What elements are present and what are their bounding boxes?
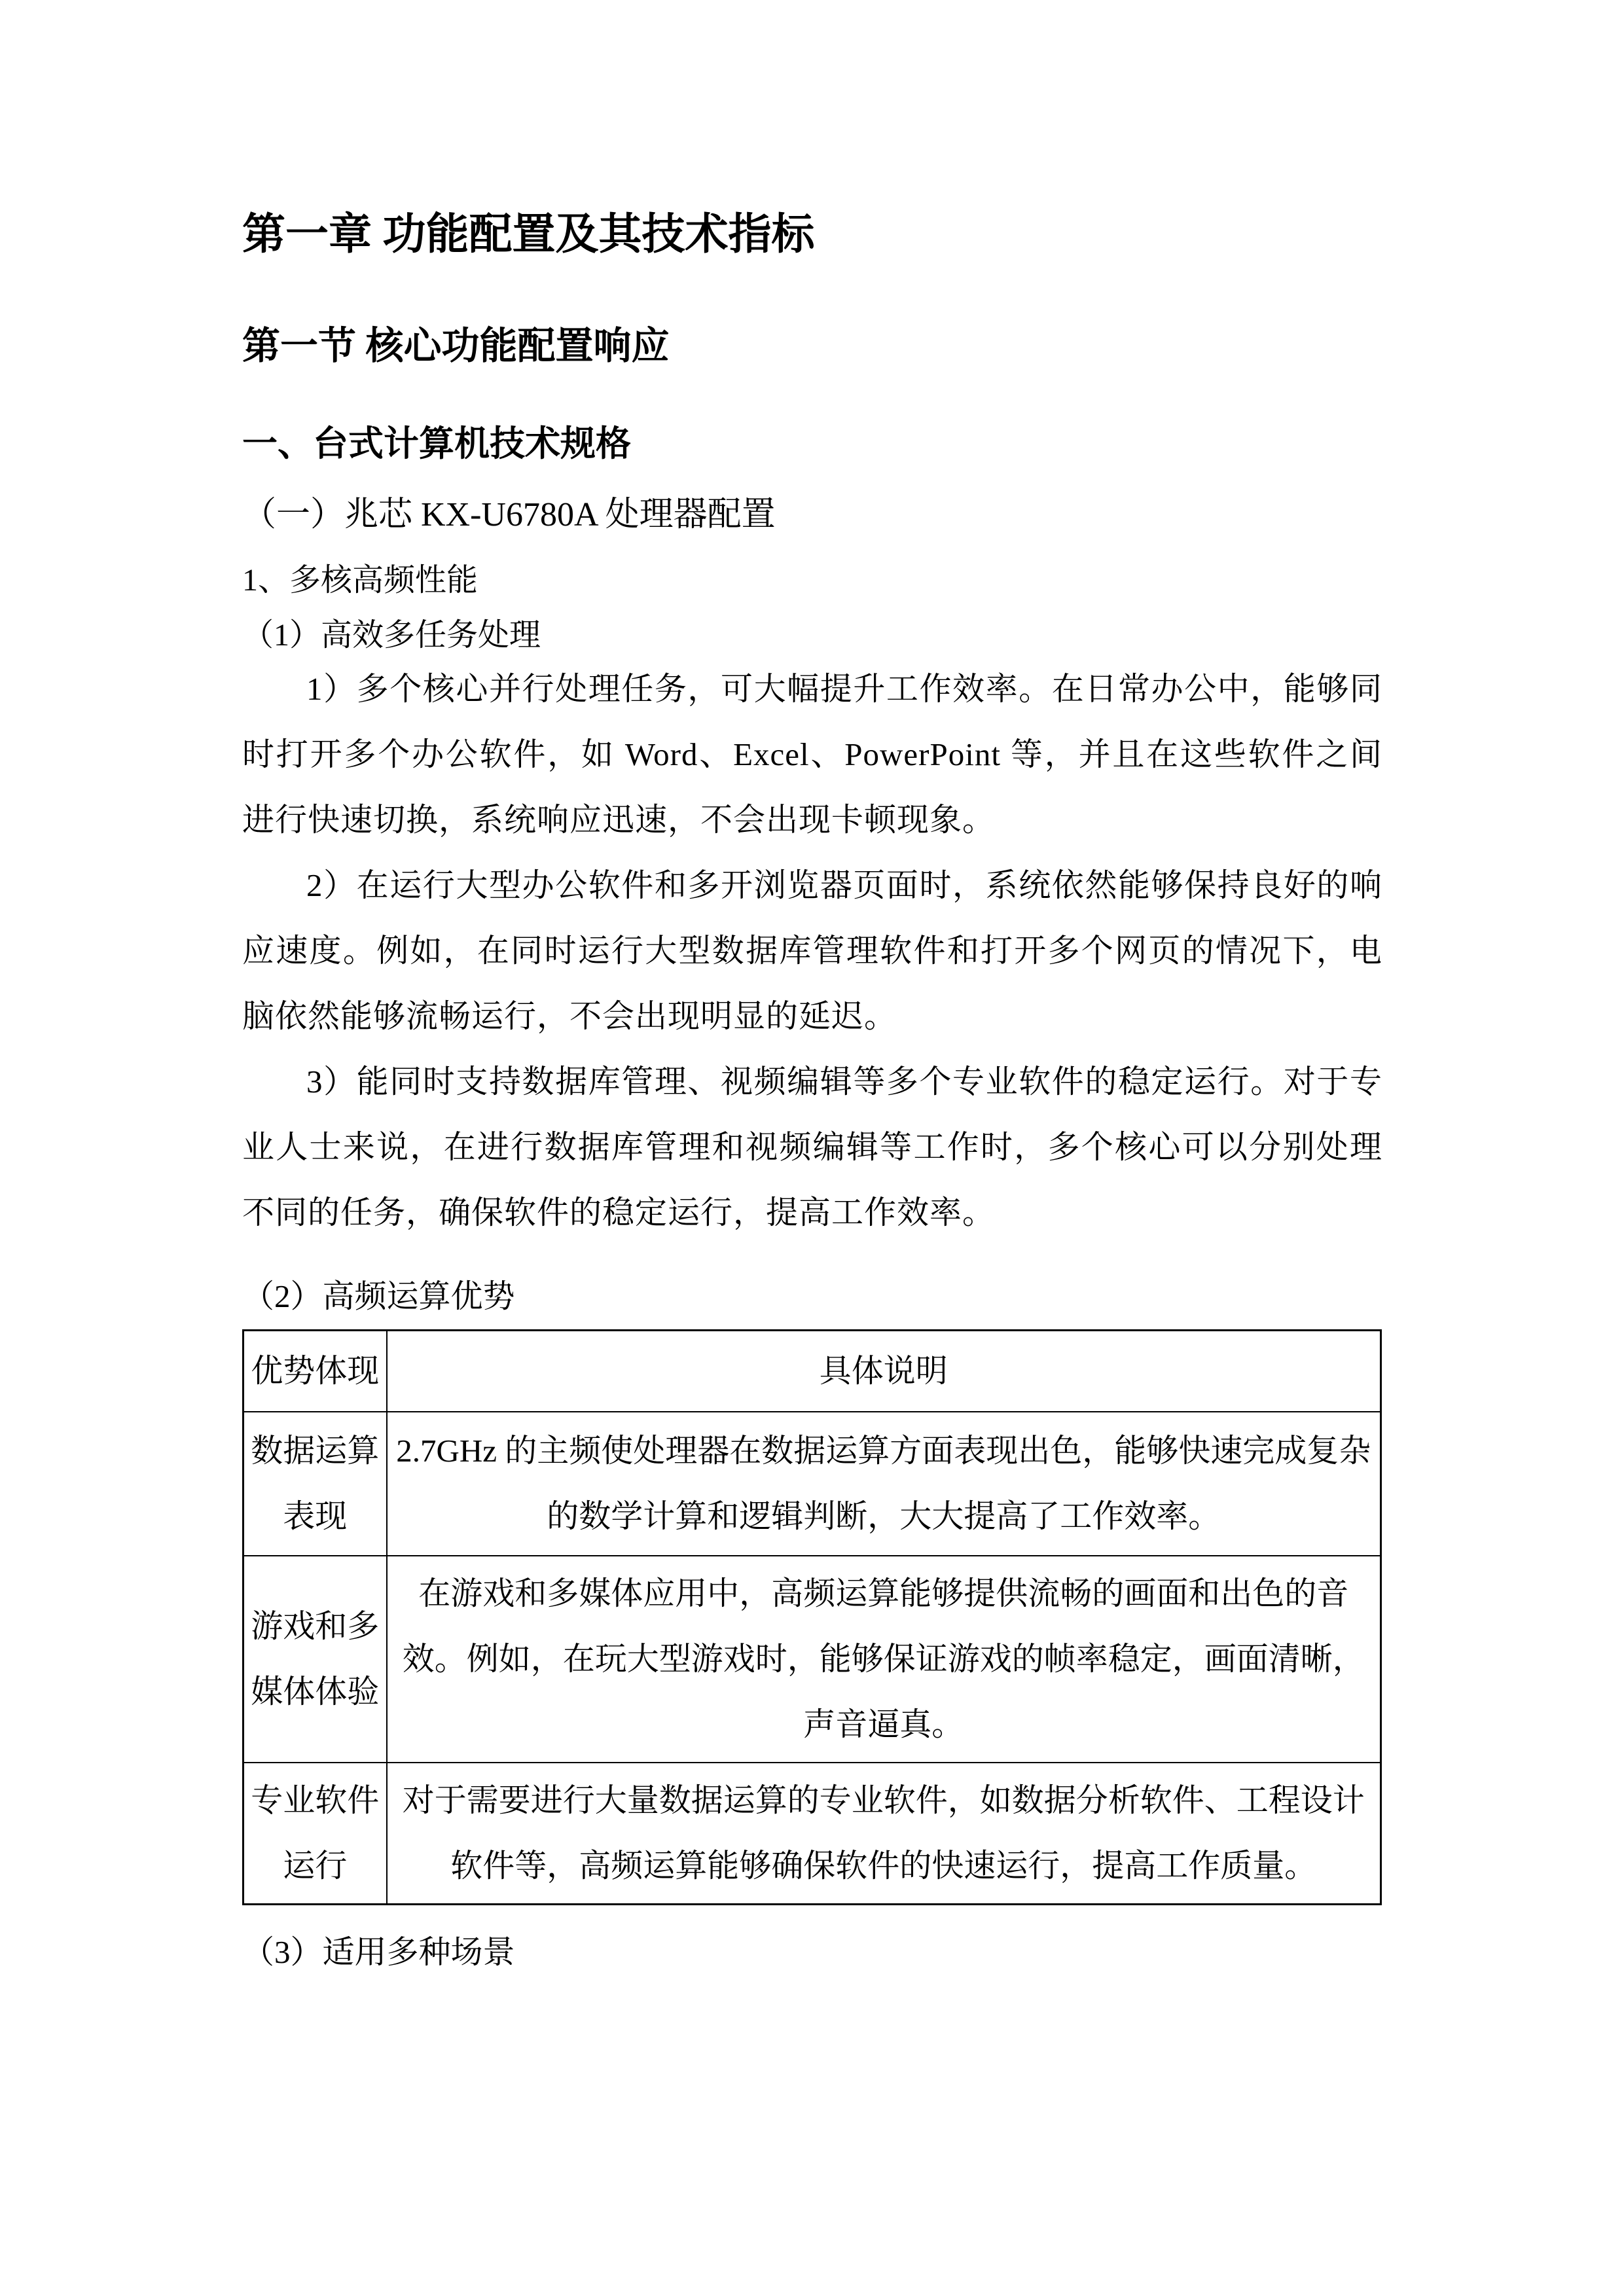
table-row-gaming-multimedia: 游戏和多媒体体验 在游戏和多媒体应用中，高频运算能够提供流畅的画面和出色的音 效… <box>244 1556 1381 1763</box>
heading-scenarios: （3）适用多种场景 <box>242 1920 1382 1985</box>
row-description-cell: 对于需要进行大量数据运算的专业软件，如数据分析软件、工程设计 软件等，高频运算能… <box>387 1763 1381 1904</box>
table-header-row: 优势体现 具体说明 <box>244 1330 1381 1412</box>
document-page: 第一章 功能配置及其技术指标 第一节 核心功能配置响应 一、台式计算机技术规格 … <box>0 0 1624 2296</box>
section-title: 第一节 核心功能配置响应 <box>242 323 1382 370</box>
heading-multitask-processing: （1）高效多任务处理 <box>242 615 1382 656</box>
column-header-advantage: 优势体现 <box>244 1330 387 1412</box>
description-line: 声音逼真。 <box>388 1692 1380 1757</box>
table-row-data-computing: 数据运算表现 2.7GHz 的主频使处理器在数据运算方面表现出色，能够快速完成复… <box>244 1412 1381 1556</box>
paragraph-multicore-1: 1）多个核心并行处理任务，可大幅提升工作效率。在日常办公中，能够同时打开多个办公… <box>242 656 1382 853</box>
table-row-professional-software: 专业软件运行 对于需要进行大量数据运算的专业软件，如数据分析软件、工程设计 软件… <box>244 1763 1381 1904</box>
row-description-cell: 在游戏和多媒体应用中，高频运算能够提供流畅的画面和出色的音 效。例如，在玩大型游… <box>387 1556 1381 1763</box>
paragraph-multicore-3: 3）能同时支持数据库管理、视频编辑等多个专业软件的稳定运行。对于专业人士来说，在… <box>242 1049 1382 1246</box>
description-line: 软件等，高频运算能够确保软件的快速运行，提高工作质量。 <box>388 1833 1380 1899</box>
description-line: 的数学计算和逻辑判断，大大提高了工作效率。 <box>388 1484 1380 1549</box>
row-label-cell: 数据运算表现 <box>244 1412 387 1556</box>
description-line: 2.7GHz 的主频使处理器在数据运算方面表现出色，能够快速完成复杂 <box>388 1418 1380 1484</box>
column-header-description: 具体说明 <box>387 1330 1381 1412</box>
description-line: 在游戏和多媒体应用中，高频运算能够提供流畅的画面和出色的音 <box>388 1561 1380 1626</box>
paragraph-multicore-2: 2）在运行大型办公软件和多开浏览器页面时，系统依然能够保持良好的响应速度。例如，… <box>242 853 1382 1049</box>
advantage-table: 优势体现 具体说明 数据运算表现 2.7GHz 的主频使处理器在数据运算方面表现… <box>242 1329 1382 1905</box>
row-label-cell: 专业软件运行 <box>244 1763 387 1904</box>
chapter-title: 第一章 功能配置及其技术指标 <box>242 208 1382 262</box>
description-line: 对于需要进行大量数据运算的专业软件，如数据分析软件、工程设计 <box>388 1768 1380 1833</box>
heading-cpu-config: （一）兆芯 KX-U6780A 处理器配置 <box>242 493 1382 537</box>
heading-desktop-specs: 一、台式计算机技术规格 <box>242 422 1382 467</box>
heading-multicore-performance: 1、多核高频性能 <box>242 560 1382 601</box>
heading-freq-advantage: （2）高频运算优势 <box>242 1264 1382 1329</box>
row-label-cell: 游戏和多媒体体验 <box>244 1556 387 1763</box>
row-description-cell: 2.7GHz 的主频使处理器在数据运算方面表现出色，能够快速完成复杂 的数学计算… <box>387 1412 1381 1556</box>
description-line: 效。例如，在玩大型游戏时，能够保证游戏的帧率稳定，画面清晰， <box>388 1626 1380 1692</box>
